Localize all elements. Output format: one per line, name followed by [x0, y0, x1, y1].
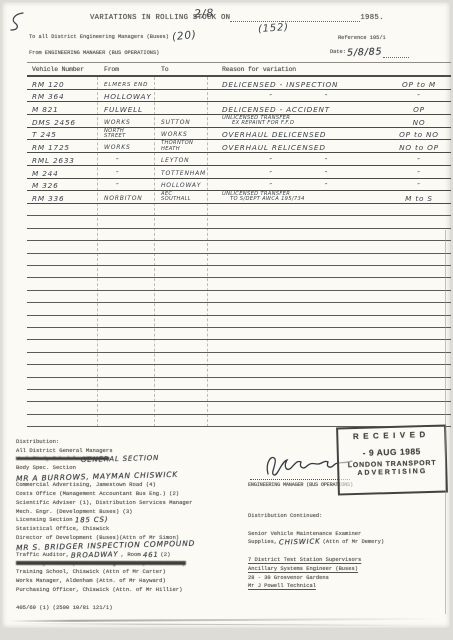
date-label: Date:	[330, 49, 346, 55]
col-header-reason: Reason for variation	[214, 66, 387, 75]
empty-table-row	[27, 303, 451, 315]
col-header-to: To	[159, 66, 214, 75]
empty-table-row	[27, 390, 451, 402]
empty-table-row	[27, 378, 451, 390]
table-row: M 821 FULWELL DELICENSED - ACCIDENT OP	[27, 102, 451, 115]
distribution-item-text: Supplies,	[248, 539, 277, 545]
column-divider	[207, 77, 208, 427]
vehicle-number: RM 364	[32, 93, 102, 101]
vehicle-number: RM 120	[32, 81, 102, 89]
date-dotted-gap	[383, 50, 409, 58]
handwritten-annotation: 461	[143, 551, 159, 560]
distribution-item-underlined: Ancillary Systems Engineer (Buses)	[248, 565, 384, 574]
ditto-mark: ″	[269, 157, 273, 165]
variation-reason: DELICENSED - INSPECTION	[222, 81, 387, 89]
status-change: ″	[387, 170, 451, 178]
table-row: DMS 2456 WORKS SUTTON UNLICENSED TRANSFE…	[27, 115, 451, 128]
table-header-row: Vehicle Number From To Reason for variat…	[27, 62, 451, 77]
table-row: RM 336 NORBITON AECSOUTHALL UNLICENSED T…	[27, 191, 451, 204]
ditto-mark: ″	[269, 170, 273, 178]
empty-table-row	[27, 328, 451, 340]
vehicle-number: M 821	[32, 106, 102, 114]
title-year: 1985.	[360, 14, 383, 22]
scan-artifact-line	[8, 618, 440, 622]
ditto-mark: ″	[325, 93, 329, 101]
sender-line: From ENGINEERING MANAGER (BUS OPERATIONS…	[29, 50, 159, 56]
variation-reason-line2: TO S/DEPT AWCA 195/734	[222, 197, 387, 202]
vehicle-number: M 244	[32, 170, 102, 178]
table-row: RM 120 ELMERS END DELICENSED - INSPECTIO…	[27, 77, 451, 90]
vehicle-number: RML 2633	[32, 157, 102, 165]
title-dotted-gap-2	[282, 14, 360, 22]
table-row: M 244 ″ TOTTENHAM ″″ ″	[27, 166, 451, 179]
empty-table-row	[27, 291, 451, 303]
ditto-mark: ″	[325, 170, 329, 178]
ditto-mark: ″	[104, 170, 159, 178]
distribution-continued-heading: Distribution Continued:	[248, 512, 384, 521]
ditto-mark: ″	[104, 157, 159, 165]
distribution-item: 28 - 30 Grosvenor Gardens	[248, 574, 384, 583]
status-change: NO	[387, 119, 451, 127]
stamp-received-text: RECEIVED	[338, 430, 444, 442]
empty-table-row	[27, 216, 451, 228]
from-garage: WORKS	[104, 119, 159, 127]
empty-table-row	[27, 402, 451, 414]
spacer	[248, 521, 384, 530]
table-row: RML 2633 ″ LEYTON ″″ ″	[27, 153, 451, 166]
distribution-item: Publicity Officer, Advertising Section, …	[16, 560, 195, 569]
document-title: VARIATIONS IN ROLLING STOCK ON1985.	[90, 14, 384, 22]
status-change: ″	[387, 182, 451, 190]
scan-artifact-line	[22, 623, 420, 626]
col-header-from: From	[102, 66, 159, 75]
ditto-mark: ″	[269, 182, 273, 190]
status-change: NO to OP	[387, 144, 451, 152]
distribution-item-underlined: Mr J Powell Technical	[248, 582, 384, 591]
vehicle-number: T 245	[32, 131, 102, 139]
empty-table-row	[27, 353, 451, 365]
distribution-item: All District General Managers	[16, 447, 195, 456]
status-change: ″	[387, 157, 451, 165]
ditto-mark: ″	[269, 93, 273, 101]
table-row: RM 364 HOLLOWAY ″″ ″	[27, 90, 451, 103]
distribution-item: Costs Office (Management Accountant Bus …	[16, 490, 195, 499]
ditto-mark: ″	[325, 157, 329, 165]
distribution-item-text: Licensing Section	[16, 516, 73, 523]
vehicle-number: M 326	[32, 182, 102, 190]
col-header-vehicle: Vehicle Number	[27, 66, 102, 75]
struck-out-text: Publicity Officer, Advertising Section, …	[16, 560, 186, 569]
pen-squiggle-mark	[7, 10, 33, 34]
empty-table-row	[27, 340, 451, 352]
empty-table-row	[27, 365, 451, 377]
distribution-item: Work Study Schedules SectionGENERAL SECT…	[16, 455, 195, 464]
column-divider	[97, 77, 98, 427]
title-dotted-gap	[230, 14, 282, 22]
empty-table-row	[27, 254, 451, 266]
empty-table-row	[27, 266, 451, 278]
distribution-item: Works Manager, Aldenham (Attn. of Mr Hay…	[16, 577, 195, 586]
spacer	[248, 547, 384, 556]
vehicle-number: DMS 2456	[32, 119, 102, 127]
stamp-date: - 9 AUG 1985	[339, 446, 445, 459]
empty-table-row	[27, 241, 451, 253]
empty-table-row	[27, 204, 451, 216]
empty-table-row	[27, 278, 451, 290]
distribution-item: MR A BURROWS, MAYMAN CHISWICK	[16, 473, 195, 482]
received-stamp: RECEIVED - 9 AUG 1985 LONDON TRANSPORT A…	[336, 424, 448, 495]
distribution-item: Training School, Chiswick (Attn of Mr Ca…	[16, 568, 195, 577]
variation-reason-line2: EX REPAINT FOR F.F.D	[222, 121, 387, 126]
distribution-continued-list: Distribution Continued: Senior Vehicle M…	[248, 512, 384, 591]
from-garage: NORBITON	[104, 195, 159, 203]
date-handwritten: 5/8/85	[347, 46, 383, 58]
title-handwritten-number: 2/8	[194, 7, 215, 21]
distribution-item: Scientific Adviser (1), Distribution Ser…	[16, 499, 195, 508]
empty-table-row	[27, 229, 451, 241]
status-change: OP to NO	[387, 131, 451, 139]
signature-dotted-line	[250, 479, 350, 480]
from-garage-line2: STREET	[104, 134, 159, 139]
distribution-item-text: , Room	[121, 551, 141, 558]
table-row: M 326 ″ HOLLOWAY ″″ ″	[27, 179, 451, 192]
distribution-item-underlined: 7 District Test Station Supervisors	[248, 556, 384, 565]
status-change: M to S	[387, 195, 451, 203]
title-handwritten-note: (152)	[258, 22, 290, 35]
from-garage: WORKS	[104, 144, 159, 152]
ditto-mark: ″	[104, 182, 159, 190]
empty-table-row	[27, 316, 451, 328]
rolling-stock-table: Vehicle Number From To Reason for variat…	[27, 62, 451, 427]
from-garage: HOLLOWAY	[104, 93, 159, 101]
from-garage: FULWELL	[104, 106, 159, 114]
scan-edge-artifact	[445, 230, 446, 614]
ditto-mark: ″	[325, 182, 329, 190]
addressee-count-handwritten: (20)	[171, 29, 197, 44]
distribution-item: Statistical Office, Chiswick	[16, 525, 195, 534]
variation-reason: OVERHAUL RELICENSED	[222, 144, 387, 152]
handwritten-annotation: 185 CS)	[74, 516, 108, 526]
date-line: Date:5/8/85	[330, 47, 409, 58]
addressee-line: To all District Engineering Managers (Bu…	[29, 34, 169, 40]
table-row: T 245 NORTHSTREET WORKS OVERHAUL DELICEN…	[27, 128, 451, 141]
vehicle-number: RM 1725	[32, 144, 102, 152]
vehicle-number: RM 336	[32, 195, 102, 203]
empty-rows	[27, 204, 451, 427]
handwritten-correction: GENERAL SECTION	[81, 454, 159, 465]
from-garage: ELMERS END	[104, 81, 159, 89]
distribution-item: MR S. BRIDGER INSPECTION COMPOUND	[16, 542, 195, 551]
distribution-item: Purchasing Officer, Chiswick (Attn. of M…	[16, 586, 195, 595]
scanned-document-page: VARIATIONS IN ROLLING STOCK ON1985. 2/8 …	[2, 2, 450, 628]
distribution-item: Supplies,CHISWICK(Attn of Mr Demery)	[248, 538, 384, 547]
distribution-heading: Distribution:	[16, 438, 195, 447]
table-row: RM 1725 WORKS THORNTONHEATH OVERHAUL REL…	[27, 140, 451, 153]
distribution-list: Distribution: All District General Manag…	[16, 438, 195, 594]
distribution-item-text: (2)	[160, 551, 170, 558]
distribution-item-text: (Attn of Mr Demery)	[323, 539, 384, 545]
status-change: OP to M	[387, 81, 451, 89]
reference-number: Reference 105/1	[338, 35, 386, 41]
variation-reason: OVERHAUL DELICENSED	[222, 131, 387, 139]
form-print-code: 405/69 (1) (2500 10/81 121/1)	[16, 604, 113, 611]
status-change: ″	[387, 93, 451, 101]
handwritten-annotation: CHISWICK	[279, 538, 321, 548]
distribution-item: Licensing Section185 CS)	[16, 516, 195, 525]
status-change: OP	[387, 106, 451, 114]
column-divider	[154, 77, 155, 427]
col-header-status	[387, 73, 451, 75]
variation-reason: DELICENSED - ACCIDENT	[222, 106, 387, 114]
